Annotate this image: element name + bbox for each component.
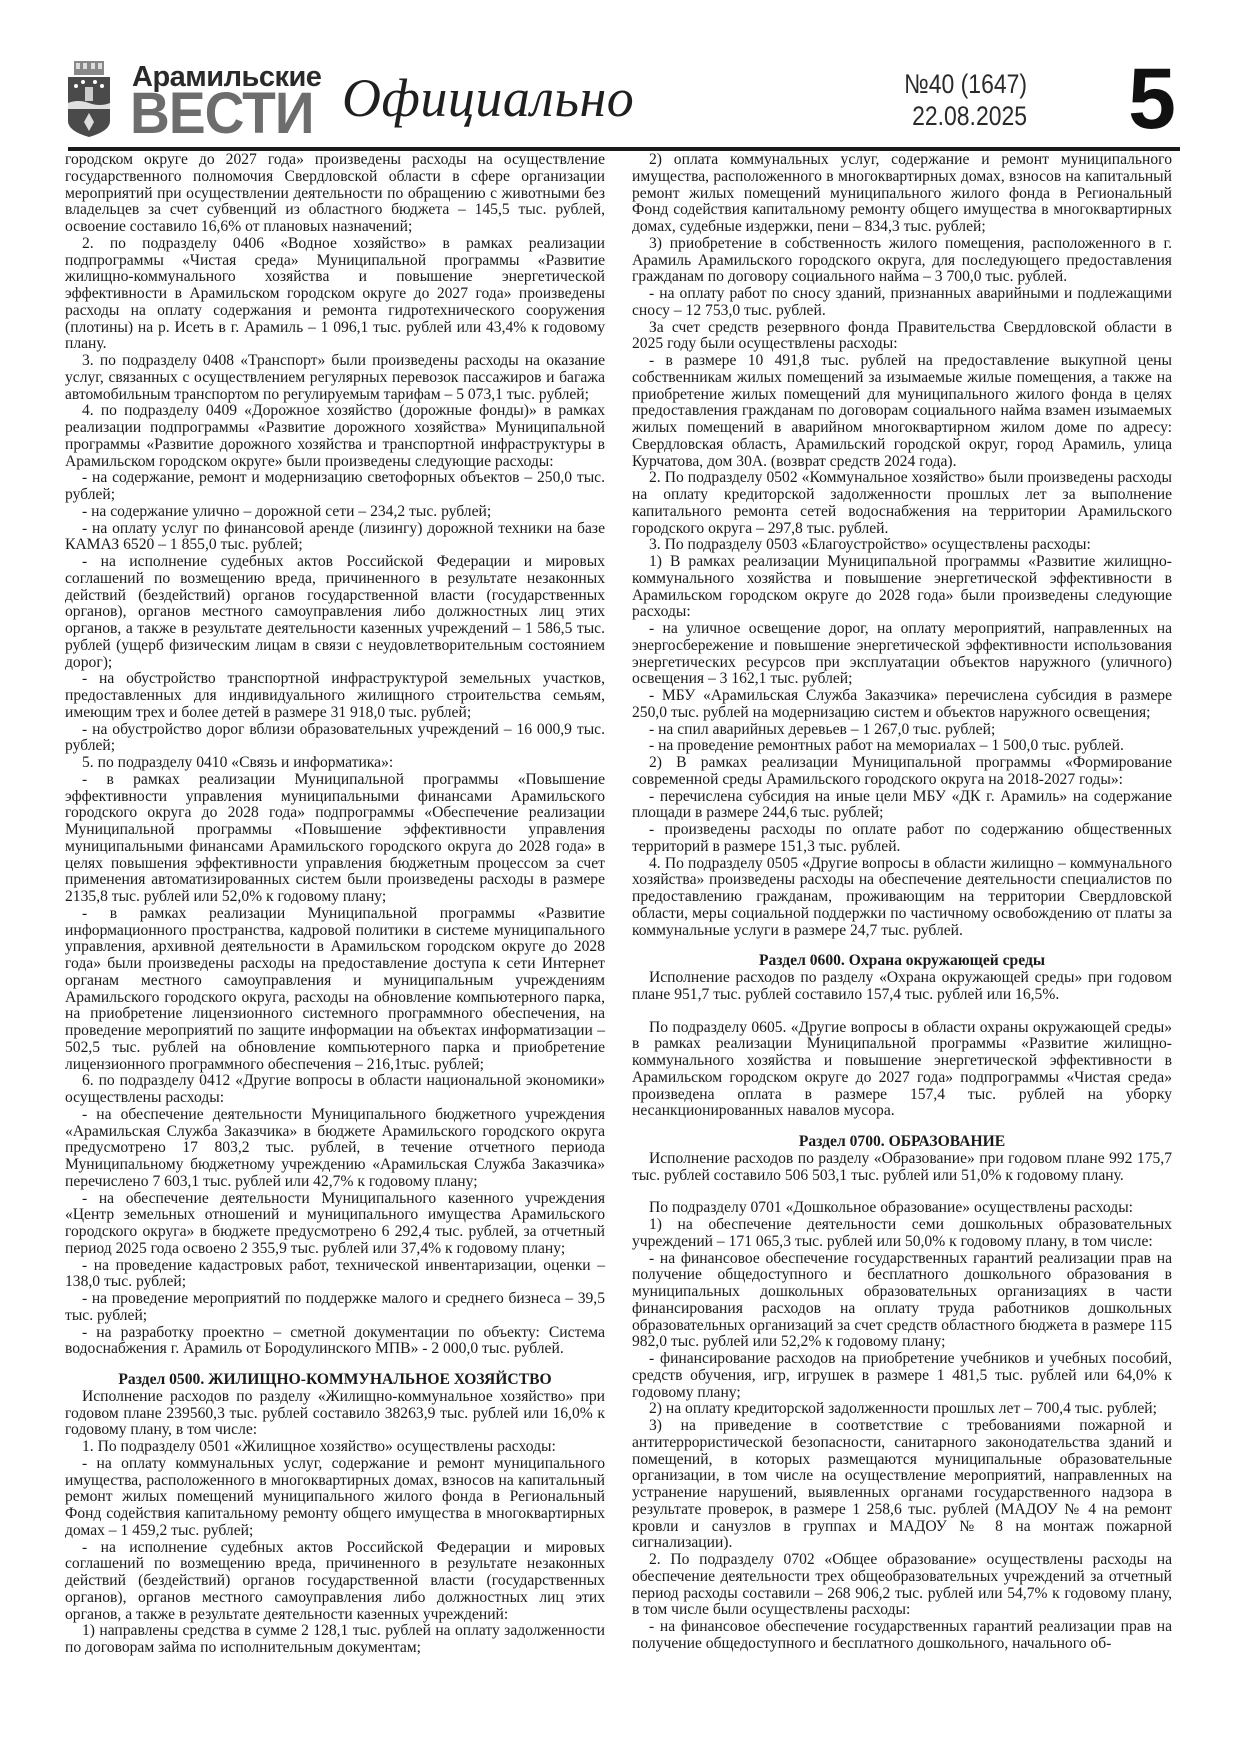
list-item: - на спил аварийных деревьев – 1 267,0 т… [632,722,1172,739]
list-item: - в размере 10 491,8 тыс. рублей на пред… [632,353,1172,470]
list-item: - на уличное освещение дорог, на оплату … [632,621,1172,688]
list-item: - произведены расходы по оплате работ по… [632,822,1172,856]
list-item: 1) на обеспечение деятельности семи дошк… [632,1217,1172,1251]
paragraph: По подразделу 0701 «Дошкольное образован… [632,1200,1172,1217]
paragraph: Исполнение расходов по разделу «Образова… [632,1151,1172,1185]
brand-name-line2: ВЕСТИ [130,85,313,143]
section-heading-0500: Раздел 0500. ЖИЛИЩНО-КОММУНАЛЬНОЕ ХОЗЯЙС… [65,1372,605,1389]
list-item: - на проведение кадастровых работ, техни… [65,1258,605,1292]
paragraph: По подразделу 0605. «Другие вопросы в об… [632,1020,1172,1121]
list-item: - финансирование расходов на приобретени… [632,1351,1172,1401]
section-heading-0600: Раздел 0600. Охрана окружающей среды [632,953,1172,970]
left-column: городском округе до 2027 года» произведе… [65,152,605,1657]
issue-date: 22.08.2025 [895,100,1027,132]
list-item: - на обустройство дорог вблизи образоват… [65,722,605,756]
page-number: 5 [1128,49,1176,149]
list-item: - перечислена субсидия на иные цели МБУ … [632,789,1172,823]
list-item: - на содержание улично – дорожной сети –… [65,504,605,521]
list-item: - на финансовое обеспечение государствен… [632,1251,1172,1352]
paragraph: 4. по подразделу 0409 «Дорожное хозяйств… [65,403,605,470]
paragraph: 2. По подразделу 0502 «Коммунальное хозя… [632,470,1172,537]
list-item: - на финансовое обеспечение государствен… [632,1619,1172,1653]
list-item: - на проведение ремонтных работ на мемор… [632,738,1172,755]
list-item: - на обустройство транспортной инфрастру… [65,671,605,721]
list-item: - на содержание, ремонт и модернизацию с… [65,470,605,504]
list-item: 3) на приведение в соответствие с требов… [632,1418,1172,1552]
list-item: 2) оплата коммунальных услуг, содержание… [632,152,1172,236]
paragraph: За счет средств резервного фонда Правите… [632,320,1172,354]
issue-number: №40 (1647) [895,68,1027,100]
masthead: Арамильские ВЕСТИ Официально №40 (1647) … [62,55,1180,147]
list-item: - на проведение мероприятий по поддержке… [65,1291,605,1325]
paragraph: городском округе до 2027 года» произведе… [65,152,605,236]
list-item: - на оплату коммунальных услуг, содержан… [65,1456,605,1540]
paragraph: 2. по подразделу 0406 «Водное хозяйство»… [65,236,605,353]
paragraph: 6. по подразделу 0412 «Другие вопросы в … [65,1073,605,1107]
list-item: 2) В рамках реализации Муниципальной про… [632,755,1172,789]
section-heading-0700: Раздел 0700. ОБРАЗОВАНИЕ [632,1134,1172,1151]
section-rubric: Официально [342,67,634,129]
list-item: - на оплату услуг по финансовой аренде (… [65,521,605,555]
list-item: 1) В рамках реализации Муниципальной про… [632,554,1172,621]
list-item: - на исполнение судебных актов Российско… [65,1540,605,1624]
list-item: - на оплату работ по сносу зданий, призн… [632,286,1172,320]
paragraph: 1. По подразделу 0501 «Жилищное хозяйств… [65,1439,605,1456]
paragraph: 3. По подразделу 0503 «Благоустройство» … [632,537,1172,554]
paragraph: Исполнение расходов по разделу «Жилищно-… [65,1389,605,1439]
paragraph: 3. по подразделу 0408 «Транспорт» были п… [65,353,605,403]
list-item: 3) приобретение в собственность жилого п… [632,236,1172,286]
paragraph: 2. По подразделу 0702 «Общее образование… [632,1552,1172,1619]
list-item: - на разработку проектно – сметной докум… [65,1325,605,1359]
paragraph: Исполнение расходов по разделу «Охрана о… [632,970,1172,1004]
list-item: - в рамках реализации Муниципальной прог… [65,906,605,1074]
list-item: - в рамках реализации Муниципальной прог… [65,772,605,906]
list-item: - на исполнение судебных актов Российско… [65,554,605,671]
spacer [632,1004,1172,1020]
list-item: - на обеспечение деятельности Муниципаль… [65,1107,605,1191]
list-item: - МБУ «Арамильская Служба Заказчика» пер… [632,688,1172,722]
list-item: 1) направлены средства в сумме 2 128,1 т… [65,1623,605,1657]
paragraph: 5. по подразделу 0410 «Связь и информати… [65,755,605,772]
spacer [632,1184,1172,1200]
list-item: - на обеспечение деятельности Муниципаль… [65,1191,605,1258]
coat-of-arms-icon [66,61,112,137]
list-item: 2) на оплату кредиторской задолженности … [632,1401,1172,1418]
paragraph: 4. По подразделу 0505 «Другие вопросы в … [632,856,1172,940]
issue-info: №40 (1647) 22.08.2025 [895,68,1027,132]
right-column: 2) оплата коммунальных услуг, содержание… [632,152,1172,1653]
